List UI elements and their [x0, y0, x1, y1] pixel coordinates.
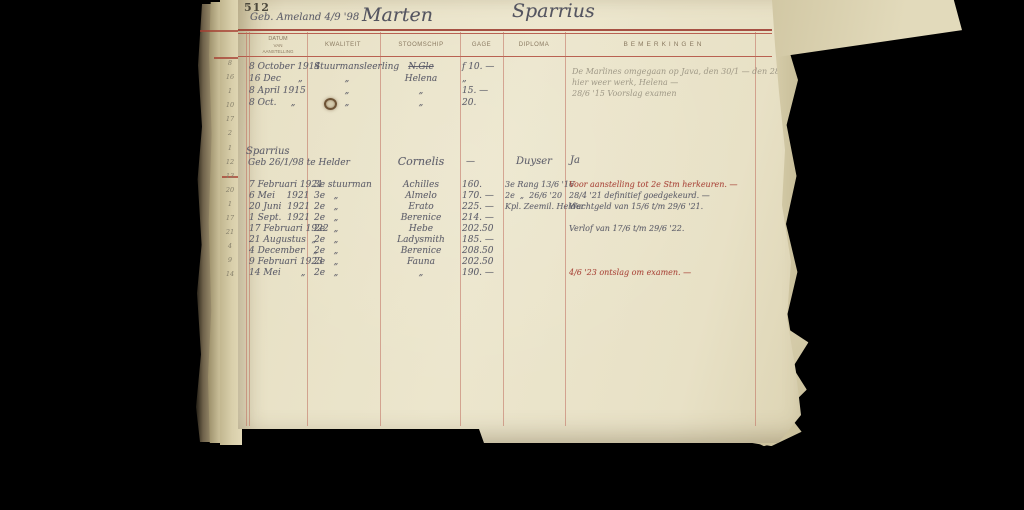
cell-kwaliteit: 2e „: [314, 203, 380, 212]
cell-gage: 160.: [462, 181, 506, 190]
margin-number: 14: [226, 271, 234, 278]
cell-gage: 20.: [462, 99, 506, 108]
margin-number: 9: [228, 257, 232, 264]
cell-kwaliteit: 2e „: [314, 247, 380, 256]
cell-kwaliteit: Stuurmansleerling: [314, 63, 380, 72]
cell-date: 8 October 1914: [249, 63, 320, 72]
column-header-kwaliteit: KWALITEIT: [310, 42, 376, 50]
cell-date: 8 April 1915: [249, 87, 306, 96]
cell-remark: 28/4 '21 definitief goedgekeurd. —: [569, 192, 764, 200]
surname-note: Sparrius: [246, 147, 290, 157]
gage-dash: —: [466, 158, 475, 167]
cell-ship: N.Gle: [382, 63, 460, 72]
header-label: DATUM: [252, 36, 304, 43]
cell-gage: f 10. —: [462, 63, 506, 72]
ruled-line: [238, 33, 772, 34]
cell-kwaliteit: 2e „: [314, 236, 380, 245]
page-corner-wedge: [758, 0, 962, 58]
margin-number: 4: [228, 243, 232, 250]
cell-kwaliteit: „: [314, 99, 380, 108]
cell-gage: 225. —: [462, 203, 506, 212]
cell-gage: 185. —: [462, 236, 506, 245]
birthplace-note: Geb. Ameland 4/9 '98: [250, 13, 359, 23]
margin-number: 20: [226, 187, 234, 194]
cell-ship: Achilles: [382, 181, 460, 190]
cell-date: 21 Augustus „: [249, 236, 316, 245]
cell-gage: 202.50: [462, 225, 506, 234]
cell-gage: 208.50: [462, 247, 506, 256]
margin-number: 2: [228, 130, 232, 137]
cell-remark: Wachtgeld van 15/6 t/m 29/6 '21.: [569, 203, 764, 211]
column-header-stoomschip: STOOMSCHIP: [383, 42, 459, 50]
cell-ship: Berenice: [382, 247, 460, 256]
margin-number: 1: [228, 201, 232, 208]
cell-remark: 4/6 '23 ontslag om examen. —: [569, 269, 764, 277]
cell-ship: „: [382, 99, 460, 108]
surname: Sparrius: [512, 2, 595, 21]
cell-date: 4 December „: [249, 247, 318, 256]
table-row: 8 April 1915 „ „ 15. —: [238, 87, 772, 99]
margin-number: 1: [228, 145, 232, 152]
red-line-bleed: [200, 30, 238, 32]
cell-date: 1 Sept. 1921: [249, 214, 310, 223]
cell-date: 7 Februari 1921: [249, 181, 323, 190]
cell-ship: Berenice: [382, 214, 460, 223]
first-name: Cornelis: [382, 156, 460, 167]
margin-number: 13: [226, 173, 234, 180]
cell-gage: 170. —: [462, 192, 506, 201]
margin-number: 10: [226, 102, 234, 109]
cell-gage: 190. —: [462, 269, 506, 278]
cell-kwaliteit: „: [314, 87, 380, 96]
cell-remark: Voor aanstelling tot 2e Stm herkeuren. —: [569, 181, 764, 189]
cell-date: 20 Juni 1921: [249, 203, 310, 212]
cell-date: 16 Dec „: [249, 75, 303, 84]
scanned-register-photo: 8 16 1 10 17 2 1 12 13 20 1 17 21 4 9 14…: [0, 0, 1024, 510]
pencil-remark: De Marlines omgegaan op Java, den 30/1 —…: [572, 68, 803, 76]
remark-note: Ja: [570, 156, 580, 166]
ledger-page: 512 Geb. Ameland 4/9 '98 Marten Sparrius…: [238, 0, 805, 447]
cell-date: 14 Mei „: [249, 269, 305, 278]
cell-gage: „: [462, 75, 506, 84]
margin-bleed-numbers: 8 16 1 10 17 2 1 12 13 20 1 17 21 4 9 14: [221, 60, 239, 278]
cell-ship: Erato: [382, 203, 460, 212]
cell-date: 6 Mei 1921: [249, 192, 309, 201]
cell-date: 8 Oct. „: [249, 99, 295, 108]
cell-kwaliteit: 3e stuurman: [314, 181, 380, 190]
cell-diploma: 2e „ 26/6 '20: [505, 192, 569, 200]
column-header-gage: GAGE: [460, 42, 503, 50]
cell-ship: Ladysmith: [382, 236, 460, 245]
pencil-remark: hier weer werk, Helena —: [572, 79, 678, 87]
ruled-line: [238, 56, 772, 57]
column-header-diploma: DIPLOMA: [504, 42, 564, 50]
cell-gage: 15. —: [462, 87, 506, 96]
cell-gage: 202.50: [462, 258, 506, 267]
cell-kwaliteit: 2e „: [314, 214, 380, 223]
margin-number: 21: [226, 229, 234, 236]
cell-kwaliteit: „: [314, 75, 380, 84]
header-label: AANSTELLING: [252, 49, 304, 55]
diploma-note: Duyser: [516, 157, 552, 167]
cell-ship: Fauna: [382, 258, 460, 267]
margin-number: 1: [228, 88, 232, 95]
margin-number: 8: [228, 60, 232, 67]
margin-number: 17: [226, 215, 234, 222]
ruled-line: [238, 29, 772, 31]
cell-kwaliteit: 2e „: [314, 258, 380, 267]
cell-ship: Hebe: [382, 225, 460, 234]
cell-ship: „: [382, 87, 460, 96]
first-name: Marten: [362, 6, 433, 25]
table-row: 8 Oct. „ „ „ 20.: [238, 99, 772, 111]
cell-kwaliteit: 3e „: [314, 192, 380, 201]
pencil-remark: 28/6 '15 Voorslag examen: [572, 90, 677, 98]
margin-number: 12: [226, 159, 234, 166]
cell-ship: „: [382, 269, 460, 278]
margin-number: 17: [226, 116, 234, 123]
cell-remark: Verlof van 17/6 t/m 29/6 '22.: [569, 225, 764, 233]
table-row: 16 Dec „ „ Helena „: [238, 75, 772, 87]
red-line-bleed: [214, 57, 238, 59]
column-header-datum: DATUM VAN AANSTELLING: [252, 36, 304, 54]
cell-diploma: Kpl. Zeemil. Helder: [505, 203, 569, 211]
cell-ship: Almelo: [382, 192, 460, 201]
cell-date: 9 Februari 1923: [249, 258, 323, 267]
cell-diploma: 3e Rang 13/6 '16: [505, 181, 569, 189]
birthplace-note: Geb 26/1/98 te Helder: [248, 159, 350, 168]
cell-gage: 214. —: [462, 214, 506, 223]
cell-kwaliteit: 2e „: [314, 225, 380, 234]
column-header-bemerkingen: BEMERKINGEN: [578, 41, 750, 49]
margin-number: 16: [226, 74, 234, 81]
cell-kwaliteit: 2e „: [314, 269, 380, 278]
table-row: 14 Mei „ 2e „ „ 190. — 4/6 '23 ontslag o…: [238, 269, 772, 281]
cell-ship: Helena: [382, 75, 460, 84]
